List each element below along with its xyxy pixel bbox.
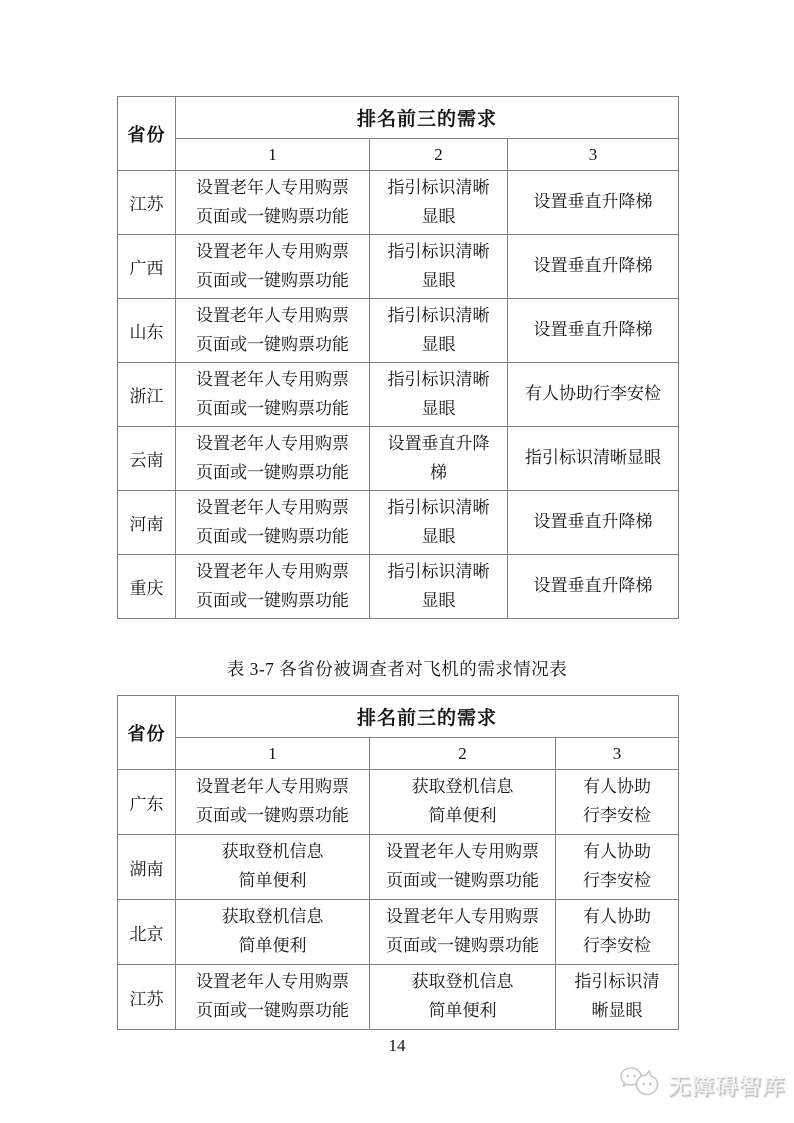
need-2-cell: 指引标识清晰 显眼: [370, 491, 508, 555]
table2-needs-header: 排名前三的需求: [176, 696, 679, 738]
need-2-cell: 获取登机信息 简单便利: [370, 965, 556, 1030]
table-row: 北京 获取登机信息 简单便利 设置老年人专用购票 页面或一键购票功能 有人协助 …: [118, 900, 679, 965]
need-1-cell: 设置老年人专用购票 页面或一键购票功能: [176, 299, 370, 363]
table-row: 广西 设置老年人专用购票 页面或一键购票功能 指引标识清晰 显眼 设置垂直升降梯: [118, 235, 679, 299]
need-1-cell: 设置老年人专用购票 页面或一键购票功能: [176, 491, 370, 555]
table1-needs-header: 排名前三的需求: [176, 97, 679, 139]
need-3-cell: 有人协助 行李安检: [556, 835, 679, 900]
table2-rank-2: 2: [370, 738, 556, 770]
need-3-cell: 有人协助行李安检: [508, 363, 679, 427]
table1-rank-2: 2: [370, 139, 508, 171]
table1-rank-1: 1: [176, 139, 370, 171]
need-2-cell: 获取登机信息 简单便利: [370, 770, 556, 835]
table2-rank-1: 1: [176, 738, 370, 770]
table-row: 山东 设置老年人专用购票 页面或一键购票功能 指引标识清晰 显眼 设置垂直升降梯: [118, 299, 679, 363]
need-3-cell: 设置垂直升降梯: [508, 235, 679, 299]
table-caption: 表 3-7 各省份被调查者对飞机的需求情况表: [0, 656, 794, 681]
need-1-cell: 获取登机信息 简单便利: [176, 900, 370, 965]
need-3-cell: 设置垂直升降梯: [508, 171, 679, 235]
table2-province-header: 省份: [118, 696, 176, 770]
need-3-cell: 指引标识清晰显眼: [508, 427, 679, 491]
need-2-cell: 指引标识清晰 显眼: [370, 363, 508, 427]
province-cell: 河南: [118, 491, 176, 555]
need-1-cell: 设置老年人专用购票 页面或一键购票功能: [176, 555, 370, 619]
need-3-cell: 有人协助 行李安检: [556, 770, 679, 835]
province-cell: 广西: [118, 235, 176, 299]
need-1-cell: 设置老年人专用购票 页面或一键购票功能: [176, 427, 370, 491]
need-2-cell: 指引标识清晰 显眼: [370, 555, 508, 619]
province-cell: 湖南: [118, 835, 176, 900]
table-row: 浙江 设置老年人专用购票 页面或一键购票功能 指引标识清晰 显眼 有人协助行李安…: [118, 363, 679, 427]
document-page: 省份 排名前三的需求 1 2 3 江苏 设置老年人专用购票 页面或一键购票功能 …: [0, 0, 794, 1123]
table-row: 江苏 设置老年人专用购票 页面或一键购票功能 指引标识清晰 显眼 设置垂直升降梯: [118, 171, 679, 235]
province-cell: 江苏: [118, 965, 176, 1030]
province-cell: 北京: [118, 900, 176, 965]
table-row: 江苏 设置老年人专用购票 页面或一键购票功能 获取登机信息 简单便利 指引标识清…: [118, 965, 679, 1030]
need-2-cell: 设置垂直升降 梯: [370, 427, 508, 491]
need-3-cell: 设置垂直升降梯: [508, 491, 679, 555]
need-1-cell: 设置老年人专用购票 页面或一键购票功能: [176, 235, 370, 299]
need-1-cell: 设置老年人专用购票 页面或一键购票功能: [176, 171, 370, 235]
zhiku-cat-logo-icon: [617, 1065, 661, 1106]
need-1-cell: 设置老年人专用购票 页面或一键购票功能: [176, 770, 370, 835]
province-cell: 浙江: [118, 363, 176, 427]
need-1-cell: 设置老年人专用购票 页面或一键购票功能: [176, 965, 370, 1030]
province-cell: 江苏: [118, 171, 176, 235]
watermark: 无障碍智库: [617, 1066, 786, 1104]
need-3-cell: 设置垂直升降梯: [508, 299, 679, 363]
need-1-cell: 设置老年人专用购票 页面或一键购票功能: [176, 363, 370, 427]
need-2-cell: 指引标识清晰 显眼: [370, 235, 508, 299]
need-2-cell: 设置老年人专用购票 页面或一键购票功能: [370, 835, 556, 900]
train-needs-table: 省份 排名前三的需求 1 2 3 江苏 设置老年人专用购票 页面或一键购票功能 …: [117, 96, 679, 619]
need-2-cell: 指引标识清晰 显眼: [370, 171, 508, 235]
table-row: 河南 设置老年人专用购票 页面或一键购票功能 指引标识清晰 显眼 设置垂直升降梯: [118, 491, 679, 555]
table1-province-header: 省份: [118, 97, 176, 171]
table2-rank-3: 3: [556, 738, 679, 770]
table-row: 云南 设置老年人专用购票 页面或一键购票功能 设置垂直升降 梯 指引标识清晰显眼: [118, 427, 679, 491]
table1-rank-3: 3: [508, 139, 679, 171]
need-3-cell: 设置垂直升降梯: [508, 555, 679, 619]
table-row: 湖南 获取登机信息 简单便利 设置老年人专用购票 页面或一键购票功能 有人协助 …: [118, 835, 679, 900]
need-2-cell: 设置老年人专用购票 页面或一键购票功能: [370, 900, 556, 965]
page-number: 14: [0, 1036, 794, 1056]
province-cell: 广东: [118, 770, 176, 835]
need-1-cell: 获取登机信息 简单便利: [176, 835, 370, 900]
watermark-text: 无障碍智库: [668, 1070, 786, 1101]
need-2-cell: 指引标识清晰 显眼: [370, 299, 508, 363]
plane-needs-table: 省份 排名前三的需求 1 2 3 广东 设置老年人专用购票 页面或一键购票功能 …: [117, 695, 679, 1030]
province-cell: 云南: [118, 427, 176, 491]
table-row: 广东 设置老年人专用购票 页面或一键购票功能 获取登机信息 简单便利 有人协助 …: [118, 770, 679, 835]
need-3-cell: 指引标识清 晰显眼: [556, 965, 679, 1030]
table-row: 重庆 设置老年人专用购票 页面或一键购票功能 指引标识清晰 显眼 设置垂直升降梯: [118, 555, 679, 619]
province-cell: 重庆: [118, 555, 176, 619]
need-3-cell: 有人协助 行李安检: [556, 900, 679, 965]
province-cell: 山东: [118, 299, 176, 363]
